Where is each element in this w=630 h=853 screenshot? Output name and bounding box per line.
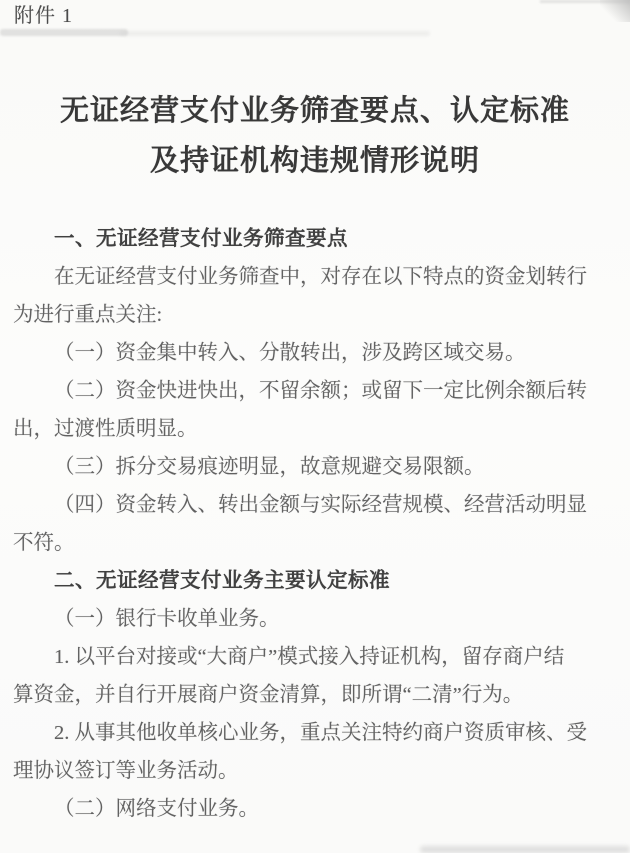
body-paragraph: （三）拆分交易痕迹明显，故意规避交易限额。	[13, 448, 613, 486]
body-paragraph: 1. 以平台对接或“大商户”模式接入持证机构，留存商户结 算资金，并自行开展商户…	[13, 638, 613, 714]
body-paragraph: （一）银行卡收单业务。	[13, 600, 613, 638]
title-line-1: 无证经营支付业务筛查要点、认定标准	[0, 86, 630, 136]
body-paragraph: （二）网络支付业务。	[13, 790, 613, 828]
body-paragraph: 在无证经营支付业务筛查中，对存在以下特点的资金划转行 为进行重点关注:	[13, 258, 613, 334]
document-page: 附件 1 无证经营支付业务筛查要点、认定标准 及持证机构违规情形说明 一、无证经…	[0, 0, 630, 853]
body-paragraph: （一）资金集中转入、分散转出，涉及跨区域交易。	[13, 334, 613, 372]
body-paragraph: （二）资金快进快出，不留余额；或留下一定比例余额后转 出，过渡性质明显。	[13, 372, 613, 448]
section-heading: 二、无证经营支付业务主要认定标准	[13, 562, 613, 600]
document-title: 无证经营支付业务筛查要点、认定标准 及持证机构违规情形说明	[0, 0, 630, 186]
body-paragraph: （四）资金转入、转出金额与实际经营规模、经营活动明显 不符。	[13, 486, 613, 562]
attachment-label: 附件 1	[14, 4, 73, 28]
scan-smudge-artifact	[420, 846, 630, 853]
title-line-2: 及持证机构违规情形说明	[0, 136, 630, 186]
document-body: 一、无证经营支付业务筛查要点在无证经营支付业务筛查中，对存在以下特点的资金划转行…	[13, 220, 613, 828]
section-heading: 一、无证经营支付业务筛查要点	[13, 220, 613, 258]
body-paragraph: 2. 从事其他收单核心业务，重点关注特约商户资质审核、受 理协议签订等业务活动。	[13, 714, 613, 790]
